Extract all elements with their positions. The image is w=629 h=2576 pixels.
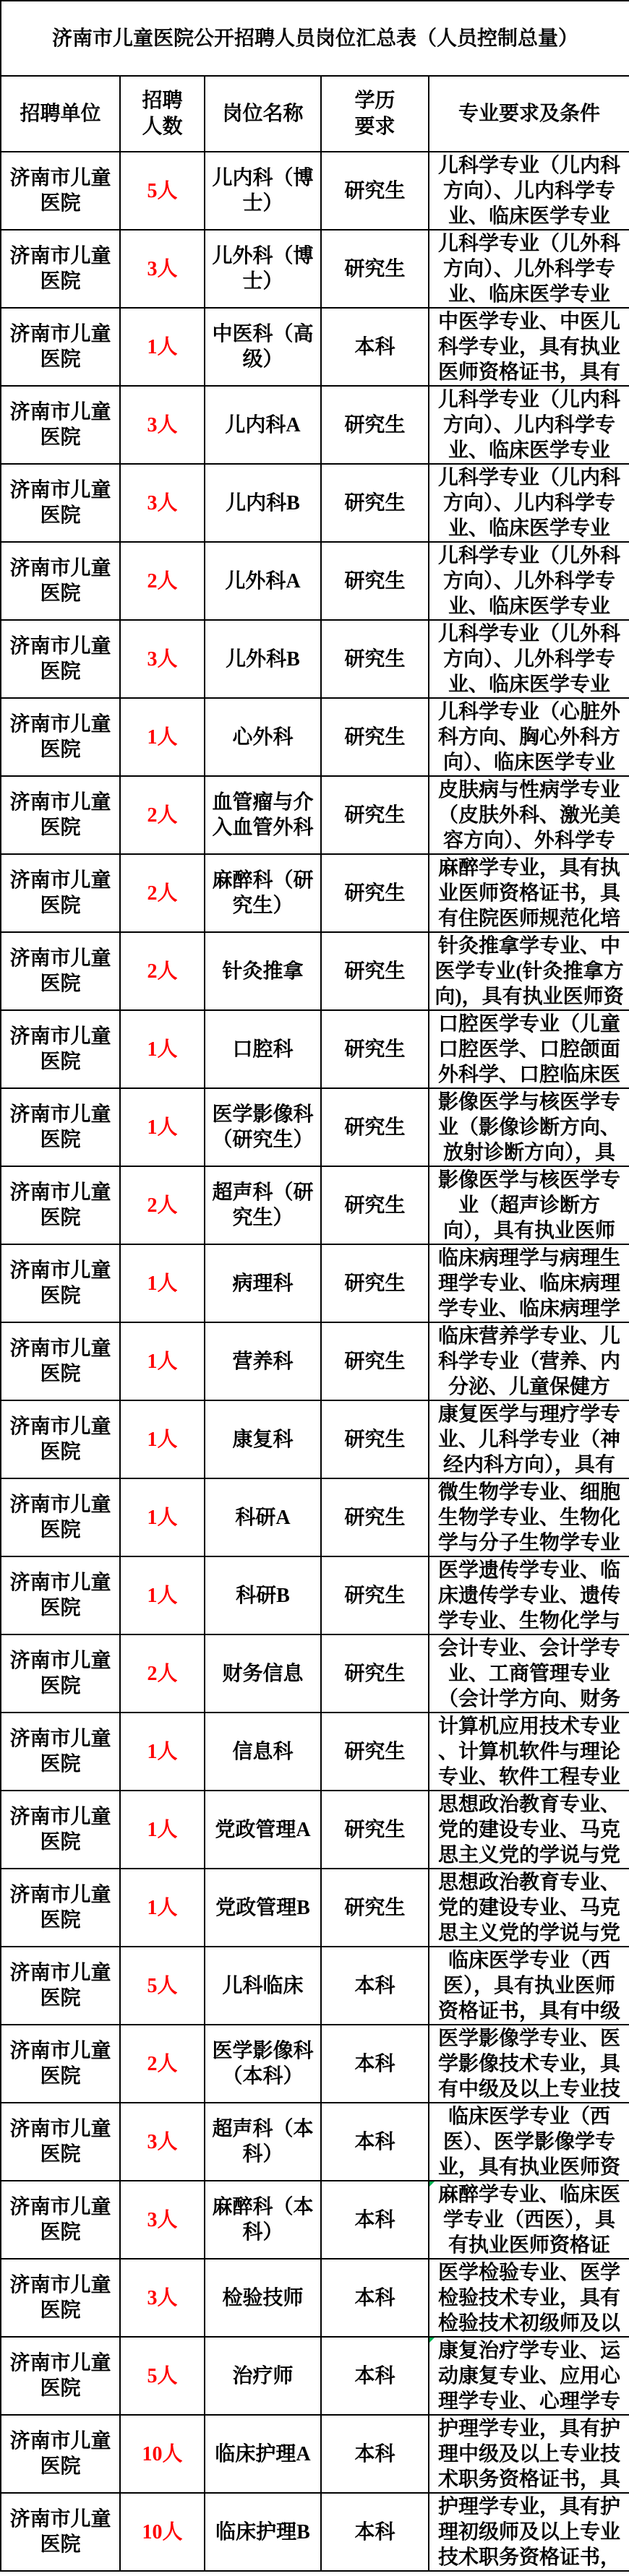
table-row: 济南市儿童 医院 2人 财务信息 研究生 会计专业、会计学专 业、工商管理专业 … (1, 1634, 629, 1713)
requirement-text: 针灸推拿学专业、中 医学专业(针灸推拿方 向)，具有执业医师资 (435, 935, 623, 1008)
note-marker-icon (429, 2338, 435, 2343)
cell-major-requirement: 护理学专业，具有护 理初级师及以上专业 技术职务资格证书， (429, 2493, 629, 2571)
cell-position-name: 信息科 (205, 1713, 321, 1791)
cell-position-name: 儿外科A (205, 542, 321, 620)
cell-position-name: 儿外科（博 士） (205, 230, 321, 308)
requirement-text: 康复医学与理疗学专 业、儿科学专业（神 经内科方向），具有 (438, 1403, 620, 1476)
requirement-text: 思想政治教育专业、 党的建设专业、马克 思主义党的学说与党 (438, 1793, 620, 1866)
cell-recruiting-unit: 济南市儿童 医院 (1, 152, 120, 230)
col-header-education: 学历 要求 (321, 76, 429, 152)
cell-education-requirement: 本科 (321, 1947, 429, 2025)
cell-major-requirement: 康复医学与理疗学专 业、儿科学专业（神 经内科方向），具有 (429, 1400, 629, 1478)
cell-recruiting-unit: 济南市儿童 医院 (1, 1322, 120, 1400)
cell-major-requirement: 护理学专业，具有护 理中级及以上专业技 术职务资格证书，具 (429, 2415, 629, 2493)
cell-major-requirement: 会计专业、会计学专 业、工商管理专业 （会计学方向、财务 (429, 1634, 629, 1713)
cell-major-requirement: 微生物学专业、细胞 生物学专业、生物化 学与分子生物学专业 (429, 1478, 629, 1556)
cell-recruiting-unit: 济南市儿童 医院 (1, 1400, 120, 1478)
cell-position-name: 中医科（高 级） (205, 308, 321, 386)
requirement-text: 儿科学专业（儿外科 方向）、儿外科学专 业、临床医学专业 (438, 233, 620, 306)
cell-education-requirement: 研究生 (321, 464, 429, 542)
cell-position-name: 临床护理A (205, 2415, 321, 2493)
cell-major-requirement: 医学遗传学专业、临 床遗传学专业、遗传 学专业、生物化学与 (429, 1556, 629, 1634)
cell-recruit-count: 1人 (120, 1244, 205, 1322)
requirement-text: 计算机应用技术专业 、计算机软件与理论 专业、软件工程专业 (438, 1715, 620, 1788)
cell-education-requirement: 研究生 (321, 1478, 429, 1556)
requirement-text: 中医学专业、中医儿 科学专业，具有执业 医师资格证书，具有 (438, 311, 620, 384)
table-row: 济南市儿童 医院 2人 针灸推拿 研究生 针灸推拿学专业、中 医学专业(针灸推拿… (1, 932, 629, 1010)
cell-major-requirement: 针灸推拿学专业、中 医学专业(针灸推拿方 向)，具有执业医师资 (429, 932, 629, 1010)
cell-recruiting-unit: 济南市儿童 医院 (1, 308, 120, 386)
table-row: 济南市儿童 医院 1人 科研B 研究生 医学遗传学专业、临 床遗传学专业、遗传 … (1, 1556, 629, 1634)
cell-recruiting-unit: 济南市儿童 医院 (1, 1947, 120, 2025)
table-row: 济南市儿童 医院 1人 病理科 研究生 临床病理学与病理生 理学专业、临床病理 … (1, 1244, 629, 1322)
requirement-text: 皮肤病与性病学专业 （皮肤外科、激光美 容方向）、外科学专 (438, 779, 620, 852)
col-header-position: 岗位名称 (205, 76, 321, 152)
cell-recruiting-unit: 济南市儿童 医院 (1, 1478, 120, 1556)
col-header-requirement: 专业要求及条件 (429, 76, 629, 152)
cell-recruit-count: 1人 (120, 1869, 205, 1947)
cell-recruiting-unit: 济南市儿童 医院 (1, 2415, 120, 2493)
cell-recruiting-unit: 济南市儿童 医院 (1, 386, 120, 464)
cell-position-name: 财务信息 (205, 1634, 321, 1713)
cell-major-requirement: 儿科学专业（儿外科 方向）、儿外科学专 业、临床医学专业 (429, 620, 629, 698)
cell-position-name: 口腔科 (205, 1010, 321, 1088)
cell-education-requirement: 研究生 (321, 620, 429, 698)
cell-recruiting-unit: 济南市儿童 医院 (1, 1713, 120, 1791)
cell-recruiting-unit: 济南市儿童 医院 (1, 620, 120, 698)
cell-education-requirement: 本科 (321, 2493, 429, 2571)
table-row: 济南市儿童 医院 5人 治疗师 本科 康复治疗学专业、运 动康复专业、应用心 理… (1, 2337, 629, 2415)
requirement-text: 儿科学专业（儿内科 方向）、儿内科学专 业、临床医学专业 (438, 467, 620, 540)
table-row: 济南市儿童 医院 2人 超声科（研 究生） 研究生 影像医学与核医学专 业（超声… (1, 1166, 629, 1244)
cell-major-requirement: 影像医学与核医学专 业（超声诊断方 向），具有执业医师 (429, 1166, 629, 1244)
requirement-text: 口腔医学专业（儿童 口腔医学、口腔颌面 外科学、口腔临床医 (438, 1013, 620, 1086)
cell-education-requirement: 研究生 (321, 1634, 429, 1713)
cell-position-name: 儿内科B (205, 464, 321, 542)
cell-recruiting-unit: 济南市儿童 医院 (1, 2259, 120, 2337)
cell-recruiting-unit: 济南市儿童 医院 (1, 1791, 120, 1869)
cell-education-requirement: 本科 (321, 308, 429, 386)
cell-recruit-count: 10人 (120, 2493, 205, 2571)
cell-recruit-count: 1人 (120, 1322, 205, 1400)
table-row: 济南市儿童 医院 1人 信息科 研究生 计算机应用技术专业 、计算机软件与理论 … (1, 1713, 629, 1791)
table-row: 济南市儿童 医院 1人 心外科 研究生 儿科学专业（心脏外 科方向、胸心外科方 … (1, 698, 629, 776)
cell-recruit-count: 3人 (120, 2181, 205, 2259)
cell-position-name: 儿内科A (205, 386, 321, 464)
requirement-text: 儿科学专业（儿内科 方向）、儿内科学专 业、临床医学专业 (438, 389, 620, 462)
cell-position-name: 病理科 (205, 1244, 321, 1322)
cell-recruit-count: 3人 (120, 620, 205, 698)
cell-recruiting-unit: 济南市儿童 医院 (1, 2103, 120, 2181)
cell-major-requirement: 儿科学专业（儿内科 方向）、儿内科学专 业、临床医学专业 (429, 464, 629, 542)
cell-education-requirement: 本科 (321, 2415, 429, 2493)
table-row: 济南市儿童 医院 3人 检验技师 本科 医学检验专业、医学 检验技术专业，具有 … (1, 2259, 629, 2337)
cell-recruit-count: 3人 (120, 2259, 205, 2337)
cell-recruiting-unit: 济南市儿童 医院 (1, 2337, 120, 2415)
note-marker-icon (429, 2181, 435, 2187)
cell-recruiting-unit: 济南市儿童 医院 (1, 1556, 120, 1634)
cell-education-requirement: 研究生 (321, 1556, 429, 1634)
cell-position-name: 血管瘤与介 入血管外科 (205, 776, 321, 854)
cell-education-requirement: 研究生 (321, 1869, 429, 1947)
cell-recruit-count: 1人 (120, 1713, 205, 1791)
table-row: 济南市儿童 医院 2人 医学影像科 （本科） 本科 医学影像学专业、医 学影像技… (1, 2025, 629, 2103)
requirement-text: 影像医学与核医学专 业（超声诊断方 向），具有执业医师 (438, 1169, 620, 1242)
cell-major-requirement: 医学检验专业、医学 检验技术专业，具有 检验技术初级师及以 (429, 2259, 629, 2337)
requirement-text: 儿科学专业（儿外科 方向）、儿外科学专 业、临床医学专业 (438, 545, 620, 618)
cell-major-requirement: 口腔医学专业（儿童 口腔医学、口腔颌面 外科学、口腔临床医 (429, 1010, 629, 1088)
cell-recruit-count: 5人 (120, 2337, 205, 2415)
cell-major-requirement: 影像医学与核医学专 业（影像诊断方向、 放射诊断方向），具 (429, 1088, 629, 1166)
header-row: 招聘单位 招聘 人数 岗位名称 学历 要求 专业要求及条件 (1, 76, 629, 152)
cell-education-requirement: 本科 (321, 2259, 429, 2337)
cell-recruiting-unit: 济南市儿童 医院 (1, 1088, 120, 1166)
cell-position-name: 超声科（本 科） (205, 2103, 321, 2181)
cell-major-requirement: 儿科学专业（儿外科 方向）、儿外科学专 业、临床医学专业 (429, 542, 629, 620)
requirement-text: 临床营养学专业、儿 科学专业（营养、内 分泌、儿童保健方 (438, 1325, 620, 1398)
cell-education-requirement: 研究生 (321, 1791, 429, 1869)
page-title: 济南市儿童医院公开招聘人员岗位汇总表（人员控制总量） (1, 1, 629, 76)
cell-major-requirement: 儿科学专业（心脏外 科方向、胸心外科方 向）、临床医学专业 (429, 698, 629, 776)
cell-position-name: 儿外科B (205, 620, 321, 698)
table-row: 济南市儿童 医院 3人 麻醉科（本 科） 本科 麻醉学专业、临床医 学专业（西医… (1, 2181, 629, 2259)
cell-recruiting-unit: 济南市儿童 医院 (1, 1010, 120, 1088)
cell-education-requirement: 本科 (321, 2025, 429, 2103)
cell-major-requirement: 计算机应用技术专业 、计算机软件与理论 专业、软件工程专业 (429, 1713, 629, 1791)
cell-recruit-count: 2人 (120, 1166, 205, 1244)
cell-position-name: 麻醉科（研 究生） (205, 854, 321, 932)
cell-position-name: 党政管理A (205, 1791, 321, 1869)
table-row: 济南市儿童 医院 5人 儿内科（博 士） 研究生 儿科学专业（儿内科 方向）、儿… (1, 152, 629, 230)
requirement-text: 儿科学专业（心脏外 科方向、胸心外科方 向）、临床医学专业 (438, 701, 620, 774)
cell-recruit-count: 1人 (120, 1400, 205, 1478)
cell-recruit-count: 2人 (120, 854, 205, 932)
requirement-text: 麻醉学专业、临床医 学专业（西医），具 有执业医师资格证 (438, 2184, 620, 2257)
requirement-text: 医学检验专业、医学 检验技术专业，具有 检验技术初级师及以 (438, 2262, 620, 2335)
cell-recruit-count: 1人 (120, 1010, 205, 1088)
cell-recruit-count: 2人 (120, 1634, 205, 1713)
cell-position-name: 临床护理B (205, 2493, 321, 2571)
cell-recruiting-unit: 济南市儿童 医院 (1, 542, 120, 620)
table-row: 济南市儿童 医院 5人 儿科临床 本科 临床医学专业（西 医），具有执业医师 资… (1, 1947, 629, 2025)
table-row: 济南市儿童 医院 1人 科研A 研究生 微生物学专业、细胞 生物学专业、生物化 … (1, 1478, 629, 1556)
requirement-text: 会计专业、会计学专 业、工商管理专业 （会计学方向、财务 (438, 1637, 620, 1710)
requirement-text: 微生物学专业、细胞 生物学专业、生物化 学与分子生物学专业 (438, 1481, 620, 1554)
table-row: 济南市儿童 医院 2人 麻醉科（研 究生） 研究生 麻醉学专业，具有执 业医师资… (1, 854, 629, 932)
title-row: 济南市儿童医院公开招聘人员岗位汇总表（人员控制总量） (1, 1, 629, 76)
table-body: 济南市儿童 医院 5人 儿内科（博 士） 研究生 儿科学专业（儿内科 方向）、儿… (1, 152, 629, 2571)
cell-education-requirement: 研究生 (321, 1713, 429, 1791)
cell-education-requirement: 研究生 (321, 386, 429, 464)
cell-education-requirement: 本科 (321, 2181, 429, 2259)
cell-education-requirement: 研究生 (321, 854, 429, 932)
cell-recruit-count: 1人 (120, 698, 205, 776)
cell-position-name: 科研A (205, 1478, 321, 1556)
requirement-text: 康复治疗学专业、运 动康复专业、应用心 理学专业、心理学专 (438, 2340, 620, 2413)
cell-recruit-count: 2人 (120, 542, 205, 620)
cell-position-name: 康复科 (205, 1400, 321, 1478)
requirement-text: 影像医学与核医学专 业（影像诊断方向、 放射诊断方向），具 (438, 1091, 620, 1164)
cell-recruiting-unit: 济南市儿童 医院 (1, 1869, 120, 1947)
cell-recruiting-unit: 济南市儿童 医院 (1, 698, 120, 776)
cell-recruiting-unit: 济南市儿童 医院 (1, 2493, 120, 2571)
cell-position-name: 党政管理B (205, 1869, 321, 1947)
cell-recruit-count: 2人 (120, 932, 205, 1010)
cell-recruit-count: 3人 (120, 386, 205, 464)
requirement-text: 临床病理学与病理生 理学专业、临床病理 学专业、临床病理学 (438, 1247, 620, 1320)
cell-major-requirement: 麻醉学专业，具有执 业医师资格证书，具 有住院医师规范化培 (429, 854, 629, 932)
cell-major-requirement: 思想政治教育专业、 党的建设专业、马克 思主义党的学说与党 (429, 1869, 629, 1947)
cell-recruiting-unit: 济南市儿童 医院 (1, 1166, 120, 1244)
cell-major-requirement: 儿科学专业（儿内科 方向）、儿内科学专 业、临床医学专业 (429, 386, 629, 464)
cell-education-requirement: 研究生 (321, 1010, 429, 1088)
cell-recruiting-unit: 济南市儿童 医院 (1, 2025, 120, 2103)
cell-recruit-count: 1人 (120, 1556, 205, 1634)
requirement-text: 儿科学专业（儿外科 方向）、儿外科学专 业、临床医学专业 (438, 623, 620, 696)
table-row: 济南市儿童 医院 3人 儿外科B 研究生 儿科学专业（儿外科 方向）、儿外科学专… (1, 620, 629, 698)
cell-recruiting-unit: 济南市儿童 医院 (1, 1634, 120, 1713)
requirement-text: 临床医学专业（西 医）、医学影像学专 业，具有执业医师资 (438, 2106, 620, 2179)
requirement-text: 临床医学专业（西 医），具有执业医师 资格证书，具有中级 (438, 1950, 620, 2023)
requirement-text: 麻醉学专业，具有执 业医师资格证书，具 有住院医师规范化培 (438, 857, 620, 930)
table-row: 济南市儿童 医院 2人 血管瘤与介 入血管外科 研究生 皮肤病与性病学专业 （皮… (1, 776, 629, 854)
cell-recruit-count: 3人 (120, 2103, 205, 2181)
recruitment-table: 济南市儿童医院公开招聘人员岗位汇总表（人员控制总量） 招聘单位 招聘 人数 岗位… (0, 0, 629, 2572)
cell-recruit-count: 3人 (120, 230, 205, 308)
table-row: 济南市儿童 医院 3人 儿内科A 研究生 儿科学专业（儿内科 方向）、儿内科学专… (1, 386, 629, 464)
cell-recruit-count: 5人 (120, 152, 205, 230)
cell-recruit-count: 1人 (120, 1088, 205, 1166)
cell-major-requirement: 临床医学专业（西 医）、医学影像学专 业，具有执业医师资 (429, 2103, 629, 2181)
table-row: 济南市儿童 医院 2人 儿外科A 研究生 儿科学专业（儿外科 方向）、儿外科学专… (1, 542, 629, 620)
cell-recruit-count: 2人 (120, 776, 205, 854)
table-row: 济南市儿童 医院 3人 儿内科B 研究生 儿科学专业（儿内科 方向）、儿内科学专… (1, 464, 629, 542)
table-row: 济南市儿童 医院 1人 康复科 研究生 康复医学与理疗学专 业、儿科学专业（神 … (1, 1400, 629, 1478)
cell-recruiting-unit: 济南市儿童 医院 (1, 932, 120, 1010)
cell-major-requirement: 皮肤病与性病学专业 （皮肤外科、激光美 容方向）、外科学专 (429, 776, 629, 854)
requirement-text: 思想政治教育专业、 党的建设专业、马克 思主义党的学说与党 (438, 1871, 620, 1944)
cell-position-name: 营养科 (205, 1322, 321, 1400)
table-row: 济南市儿童 医院 3人 超声科（本 科） 本科 临床医学专业（西 医）、医学影像… (1, 2103, 629, 2181)
cell-major-requirement: 儿科学专业（儿外科 方向）、儿外科学专 业、临床医学专业 (429, 230, 629, 308)
page: { "title": "济南市儿童医院公开招聘人员岗位汇总表（人员控制总量）",… (0, 0, 629, 2572)
cell-position-name: 心外科 (205, 698, 321, 776)
requirement-text: 医学遗传学专业、临 床遗传学专业、遗传 学专业、生物化学与 (438, 1559, 620, 1632)
cell-recruit-count: 1人 (120, 1478, 205, 1556)
cell-education-requirement: 本科 (321, 2337, 429, 2415)
table-row: 济南市儿童 医院 1人 党政管理A 研究生 思想政治教育专业、 党的建设专业、马… (1, 1791, 629, 1869)
cell-recruiting-unit: 济南市儿童 医院 (1, 1244, 120, 1322)
cell-recruiting-unit: 济南市儿童 医院 (1, 464, 120, 542)
cell-position-name: 儿科临床 (205, 1947, 321, 2025)
cell-position-name: 医学影像科 （本科） (205, 2025, 321, 2103)
requirement-text: 护理学专业，具有护 理中级及以上专业技 术职务资格证书，具 (438, 2418, 620, 2491)
requirement-text: 护理学专业，具有护 理初级师及以上专业 技术职务资格证书， (438, 2496, 620, 2569)
cell-position-name: 儿内科（博 士） (205, 152, 321, 230)
cell-major-requirement: 临床医学专业（西 医），具有执业医师 资格证书，具有中级 (429, 1947, 629, 2025)
cell-education-requirement: 研究生 (321, 230, 429, 308)
cell-recruiting-unit: 济南市儿童 医院 (1, 2181, 120, 2259)
table-row: 济南市儿童 医院 10人 临床护理B 本科 护理学专业，具有护 理初级师及以上专… (1, 2493, 629, 2571)
cell-position-name: 麻醉科（本 科） (205, 2181, 321, 2259)
cell-recruit-count: 5人 (120, 1947, 205, 2025)
cell-major-requirement: 康复治疗学专业、运 动康复专业、应用心 理学专业、心理学专 (429, 2337, 629, 2415)
cell-education-requirement: 研究生 (321, 932, 429, 1010)
table-row: 济南市儿童 医院 1人 医学影像科 （研究生） 研究生 影像医学与核医学专 业（… (1, 1088, 629, 1166)
cell-major-requirement: 临床病理学与病理生 理学专业、临床病理 学专业、临床病理学 (429, 1244, 629, 1322)
table-row: 济南市儿童 医院 3人 儿外科（博 士） 研究生 儿科学专业（儿外科 方向）、儿… (1, 230, 629, 308)
cell-education-requirement: 本科 (321, 2103, 429, 2181)
table-row: 济南市儿童 医院 1人 中医科（高 级） 本科 中医学专业、中医儿 科学专业，具… (1, 308, 629, 386)
cell-position-name: 治疗师 (205, 2337, 321, 2415)
requirement-text: 儿科学专业（儿内科 方向）、儿内科学专 业、临床医学专业 (438, 155, 620, 228)
cell-recruit-count: 1人 (120, 1791, 205, 1869)
cell-education-requirement: 研究生 (321, 542, 429, 620)
cell-major-requirement: 儿科学专业（儿内科 方向）、儿内科学专 业、临床医学专业 (429, 152, 629, 230)
cell-recruiting-unit: 济南市儿童 医院 (1, 230, 120, 308)
cell-education-requirement: 研究生 (321, 1244, 429, 1322)
table-row: 济南市儿童 医院 1人 党政管理B 研究生 思想政治教育专业、 党的建设专业、马… (1, 1869, 629, 1947)
table-row: 济南市儿童 医院 1人 营养科 研究生 临床营养学专业、儿 科学专业（营养、内 … (1, 1322, 629, 1400)
col-header-unit: 招聘单位 (1, 76, 120, 152)
col-header-count: 招聘 人数 (120, 76, 205, 152)
cell-major-requirement: 医学影像学专业、医 学影像技术专业，具 有中级及以上专业技 (429, 2025, 629, 2103)
cell-major-requirement: 临床营养学专业、儿 科学专业（营养、内 分泌、儿童保健方 (429, 1322, 629, 1400)
cell-recruit-count: 10人 (120, 2415, 205, 2493)
table-row: 济南市儿童 医院 1人 口腔科 研究生 口腔医学专业（儿童 口腔医学、口腔颌面 … (1, 1010, 629, 1088)
cell-education-requirement: 研究生 (321, 1322, 429, 1400)
cell-major-requirement: 思想政治教育专业、 党的建设专业、马克 思主义党的学说与党 (429, 1791, 629, 1869)
cell-education-requirement: 研究生 (321, 698, 429, 776)
cell-education-requirement: 研究生 (321, 776, 429, 854)
cell-education-requirement: 研究生 (321, 1166, 429, 1244)
table-row: 济南市儿童 医院 10人 临床护理A 本科 护理学专业，具有护 理中级及以上专业… (1, 2415, 629, 2493)
cell-position-name: 科研B (205, 1556, 321, 1634)
cell-education-requirement: 研究生 (321, 1400, 429, 1478)
cell-education-requirement: 研究生 (321, 1088, 429, 1166)
cell-position-name: 针灸推拿 (205, 932, 321, 1010)
cell-education-requirement: 研究生 (321, 152, 429, 230)
cell-recruit-count: 2人 (120, 2025, 205, 2103)
cell-position-name: 超声科（研 究生） (205, 1166, 321, 1244)
cell-position-name: 医学影像科 （研究生） (205, 1088, 321, 1166)
cell-position-name: 检验技师 (205, 2259, 321, 2337)
cell-recruiting-unit: 济南市儿童 医院 (1, 854, 120, 932)
cell-recruit-count: 3人 (120, 464, 205, 542)
requirement-text: 医学影像学专业、医 学影像技术专业，具 有中级及以上专业技 (438, 2028, 620, 2101)
cell-recruit-count: 1人 (120, 308, 205, 386)
cell-recruiting-unit: 济南市儿童 医院 (1, 776, 120, 854)
cell-major-requirement: 麻醉学专业、临床医 学专业（西医），具 有执业医师资格证 (429, 2181, 629, 2259)
cell-major-requirement: 中医学专业、中医儿 科学专业，具有执业 医师资格证书，具有 (429, 308, 629, 386)
